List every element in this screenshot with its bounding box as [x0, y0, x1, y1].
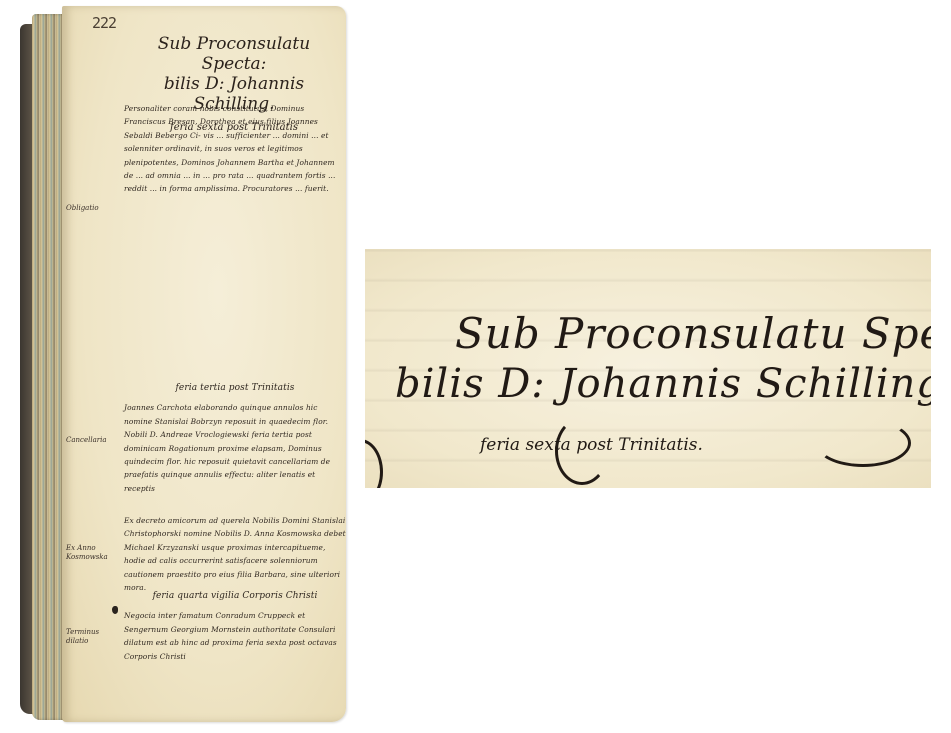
entry: Personaliter coram nobis constitutus, Do… — [124, 102, 346, 196]
heading-detail-crop: Sub Proconsulatu Specta: bilis D: Johann… — [365, 249, 931, 488]
margin-note: Cancellaria — [66, 436, 118, 445]
detail-line-2: bilis D: Johannis Schilling. — [395, 361, 931, 407]
entry-text: Joannes Carchota elaborando quinque annu… — [124, 403, 330, 492]
entry: Ex decreto amicorum ad querela Nobilis D… — [124, 514, 346, 594]
folio-number: 222 — [92, 14, 116, 32]
entry-text: Negocia inter famatum Conradum Cruppeck … — [124, 611, 337, 660]
detail-line-1: Sub Proconsulatu Specta: — [455, 309, 931, 358]
entry: feria tertia post Trinitatis Joannes Car… — [124, 382, 346, 495]
flourish-stroke — [815, 419, 911, 467]
page-edges — [32, 14, 66, 720]
margin-note: Ex Anno Kosmowska — [66, 544, 118, 562]
detail-line-3: feria sexta post Trinitatis. — [480, 435, 703, 455]
heading-line-1: Sub Proconsulatu Specta: — [124, 34, 344, 74]
manuscript-volume: 222 Sub Proconsulatu Specta: bilis D: Jo… — [18, 6, 348, 724]
entry-text: Ex decreto amicorum ad querela Nobilis D… — [124, 516, 346, 592]
ink-blot — [112, 606, 118, 614]
margin-note: Obligatio — [66, 204, 118, 213]
entry-date: feria quarta vigilia Corporis Christi — [124, 590, 346, 603]
entry-date: feria tertia post Trinitatis — [124, 382, 346, 395]
entry-text: Personaliter coram nobis constitutus, Do… — [124, 104, 335, 193]
manuscript-page: 222 Sub Proconsulatu Specta: bilis D: Jo… — [62, 6, 346, 722]
entry: feria quarta vigilia Corporis Christi Ne… — [124, 590, 346, 663]
margin-note: Terminus dilatio — [66, 628, 118, 646]
